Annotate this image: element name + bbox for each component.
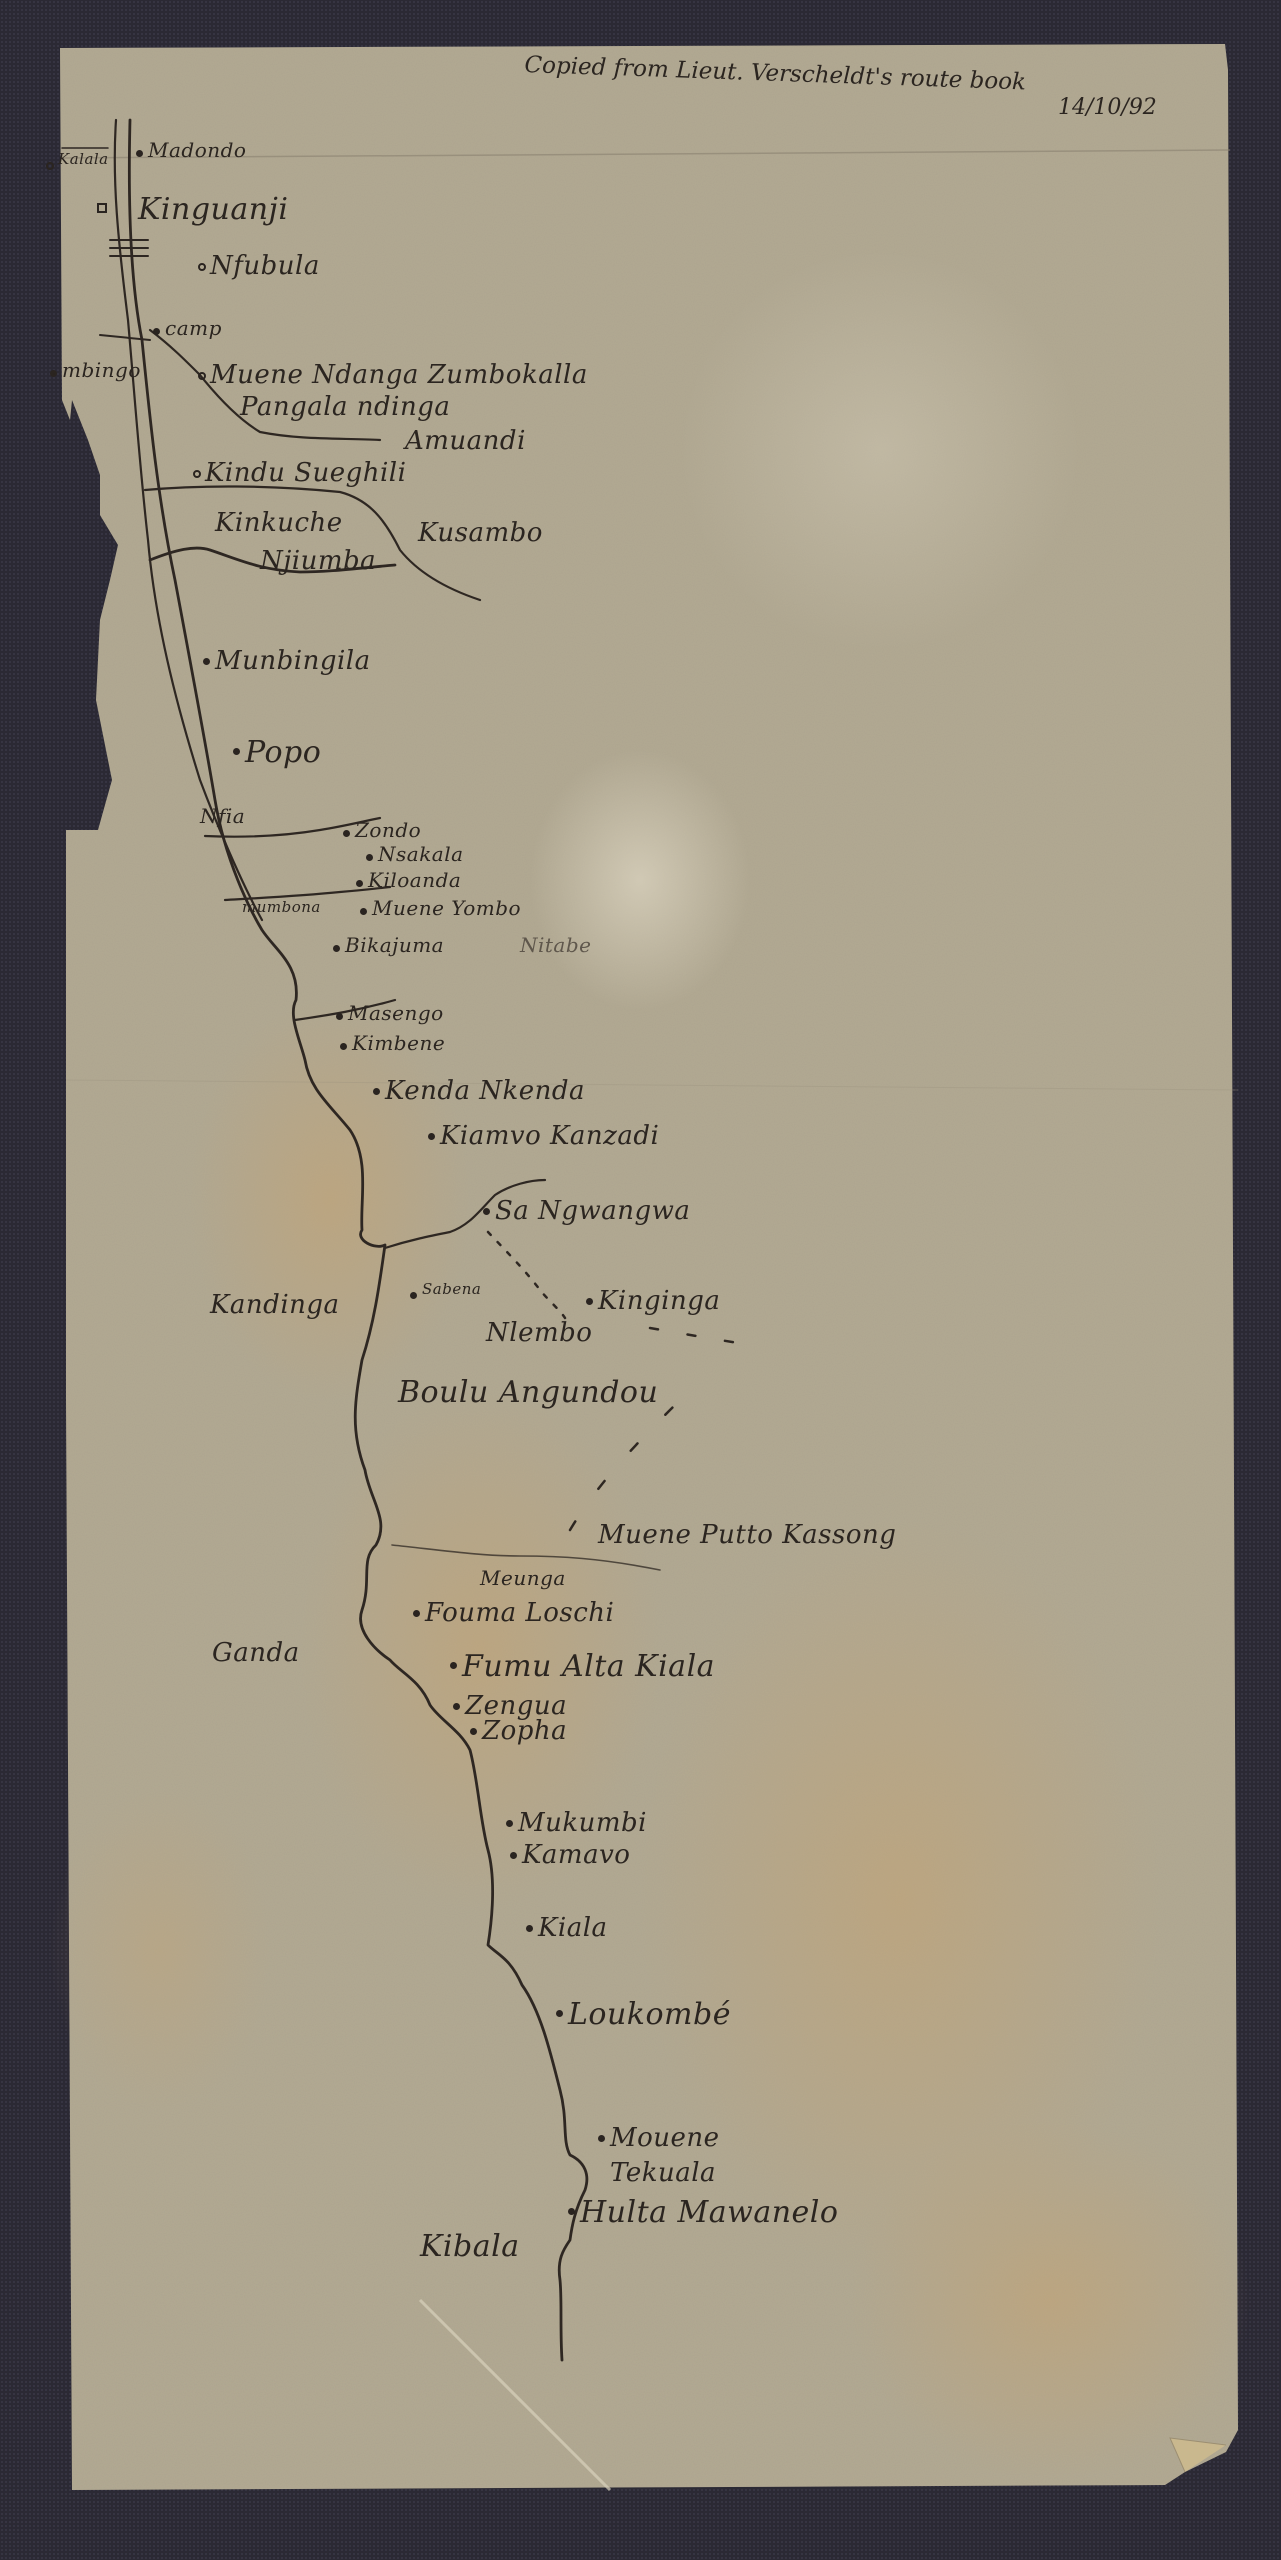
place-label-nsakala: Nsakala <box>378 844 464 864</box>
dot-marker-icon <box>373 1088 380 1095</box>
place-label-meunga: Meunga <box>480 1568 566 1588</box>
place-label-tekuala: Tekuala <box>610 2160 716 2186</box>
place-label-kiloanda: Kiloanda <box>368 870 461 890</box>
dot-marker-icon <box>153 328 160 335</box>
place-label-mukumbi: Mukumbi <box>518 1810 647 1836</box>
place-label-kamavo: Kamavo <box>522 1842 630 1868</box>
place-label-kandinga: Kandinga <box>210 1292 340 1318</box>
place-label-kindu-sueghili: Kindu Sueghili <box>205 460 406 486</box>
dot-marker-icon <box>333 945 340 952</box>
dot-marker-icon <box>568 2208 575 2215</box>
place-label-loukombe: Loukombé <box>568 2000 731 2030</box>
dot-marker-icon <box>470 1728 477 1735</box>
dot-marker-icon <box>343 830 350 837</box>
place-label-sa-ngwangwa: Sa Ngwangwa <box>495 1198 690 1224</box>
dot-marker-icon <box>483 1208 490 1215</box>
place-label-nfubula: Nfubula <box>210 253 320 279</box>
ring-marker-icon <box>46 162 54 170</box>
place-label-camp: camp <box>165 318 222 338</box>
place-label-muene-yombo: Muene Yombo <box>372 898 521 918</box>
place-label-kinkuche: Kinkuche <box>215 510 343 536</box>
place-label-nfia: Nfia <box>200 806 245 826</box>
dot-marker-icon <box>356 880 363 887</box>
dot-marker-icon <box>428 1133 435 1140</box>
dot-marker-icon <box>510 1852 517 1859</box>
place-label-fouma-loschi: Fouma Loschi <box>425 1600 614 1626</box>
place-label-mumbona: mumbona <box>242 900 321 915</box>
place-label-pangala-ndinga: Pangala ndinga <box>240 394 450 420</box>
place-label-njiumba: Njiumba <box>260 548 376 574</box>
place-label-kinguanji: Kinguanji <box>138 195 288 225</box>
dot-marker-icon <box>336 1013 343 1020</box>
dot-marker-icon <box>203 658 210 665</box>
place-label-kalala: Kalala <box>58 152 109 167</box>
place-label-kiala: Kiala <box>538 1915 608 1941</box>
dot-marker-icon <box>556 2010 563 2017</box>
dot-marker-icon <box>586 1298 593 1305</box>
dot-marker-icon <box>413 1610 420 1617</box>
place-label-zopha: Zopha <box>482 1718 567 1744</box>
place-label-kenda-nkenda: Kenda Nkenda <box>385 1078 585 1104</box>
dot-marker-icon <box>233 748 240 755</box>
dot-marker-icon <box>360 908 367 915</box>
place-label-amuandi: Amuandi <box>405 428 526 454</box>
place-label-nlembo: Nlembo <box>486 1320 592 1346</box>
dot-marker-icon <box>340 1043 347 1050</box>
place-label-mouene: Mouene <box>610 2125 720 2151</box>
place-label-zondo: Zondo <box>355 820 421 840</box>
place-label-muene-ndanga-zumbokalla: Muene Ndanga Zumbokalla <box>210 362 588 388</box>
dot-marker-icon <box>366 854 373 861</box>
dot-marker-icon <box>450 1662 457 1669</box>
dot-marker-icon <box>598 2135 605 2142</box>
place-label-ganda: Ganda <box>212 1640 300 1666</box>
place-label-muene-putto-kassong: Muene Putto Kassong <box>598 1522 896 1548</box>
dot-marker-icon <box>136 150 143 157</box>
place-label-madondo: Madondo <box>148 140 246 160</box>
dot-marker-icon <box>50 370 57 377</box>
place-label-fumu-alta-kiala: Fumu Alta Kiala <box>462 1652 715 1682</box>
ring-marker-icon <box>198 372 206 380</box>
dot-marker-icon <box>506 1820 513 1827</box>
place-label-munbingila: Munbingila <box>215 648 371 674</box>
place-label-kusambo: Kusambo <box>418 520 543 546</box>
place-label-mbingo: mbingo <box>62 360 141 380</box>
place-label-boulu-angundou: Boulu Angundou <box>398 1378 658 1408</box>
header-date: 14/10/92 <box>1058 95 1157 120</box>
place-label-kinginga: Kinginga <box>598 1288 720 1314</box>
dot-marker-icon <box>453 1703 460 1710</box>
dot-marker-icon <box>526 1925 533 1932</box>
place-label-sabena: Sabena <box>422 1282 481 1297</box>
place-label-popo: Popo <box>245 738 321 768</box>
place-label-hulta-mawanelo: Hulta Mawanelo <box>580 2198 838 2228</box>
place-label-kiamvo-kanzadi: Kiamvo Kanzadi <box>440 1123 659 1149</box>
dot-marker-icon <box>410 1292 417 1299</box>
ring-marker-icon <box>193 470 201 478</box>
place-label-masengo: Masengo <box>348 1003 444 1023</box>
place-label-nitabe: Nitabe <box>520 935 592 955</box>
ring-marker-icon <box>198 263 206 271</box>
place-label-bikajuma: Bikajuma <box>345 935 444 955</box>
map-sheet: Copied from Lieut. Verscheldt's route bo… <box>0 0 1281 2560</box>
place-label-kimbene: Kimbene <box>352 1033 445 1053</box>
place-label-kibala: Kibala <box>420 2232 520 2262</box>
